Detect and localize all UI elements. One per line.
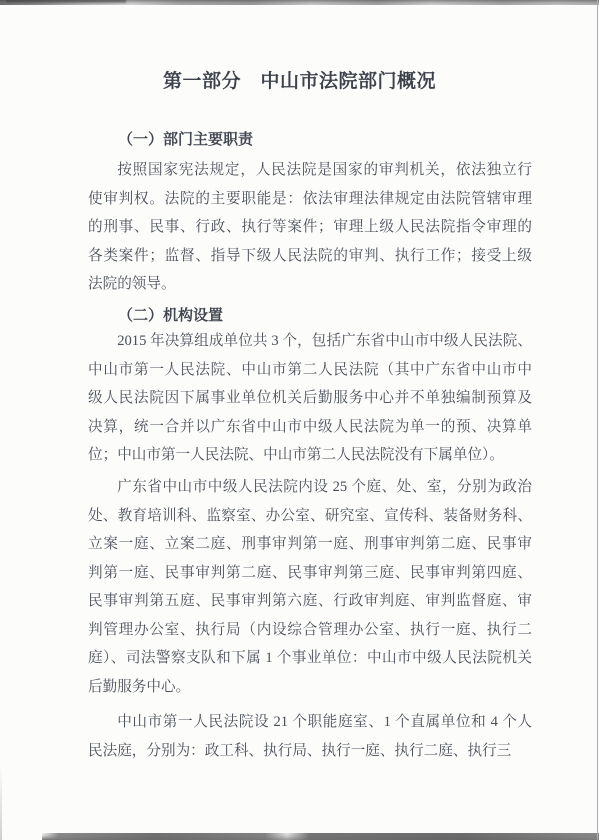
text-line: 各类案件；监督、指导下级人民法院的审判、执行工作；接受上级	[88, 242, 532, 271]
text-line: 民法庭，分别为：政工科、执行局、执行一庭、执行二庭、执行三	[88, 737, 532, 766]
text-line: 广东省中山市中级人民法院内设 25 个庭、处、室，分别为政治	[88, 473, 532, 502]
text-line: 处、教育培训科、监察室、办公室、研究室、宣传科、装备财务科、	[88, 502, 532, 531]
text-line: 民事审判第五庭、民事审判第六庭、行政审判庭、审判监督庭、审	[88, 587, 532, 616]
text-line: 按照国家宪法规定，人民法院是国家的审判机关，依法独立行	[88, 156, 532, 185]
text-line: 判第一庭、民事审判第二庭、民事审判第三庭、民事审判第四庭、	[88, 559, 532, 588]
scan-shadow-bottom	[42, 833, 599, 840]
scanned-document-page: 第一部分 中山市法院部门概况 （一）部门主要职责 按照国家宪法规定，人民法院是国…	[0, 0, 599, 840]
page-title: 第一部分 中山市法院部门概况	[0, 69, 599, 95]
text-line: 中山市第一人民法院、中山市第二人民法院（其中广东省中山市中	[88, 356, 532, 385]
section-heading-structure: （二）机构设置	[88, 305, 532, 327]
text-line: 使审判权。法院的主要职能是：依法审理法律规定由法院管辖审理	[88, 185, 532, 214]
text-line: 的刑事、民事、行政、执行等案件；审理上级人民法院指令审理的	[88, 213, 532, 242]
text-line: 判管理办公室、执行局（内设综合管理办公室、执行一庭、执行二	[88, 616, 532, 645]
paragraph-first-court-divisions: 中山市第一人民法院设 21 个职能庭室、1 个直属单位和 4 个人民法庭，分别为…	[88, 708, 532, 765]
section-heading-duties: （一）部门主要职责	[88, 129, 532, 151]
scan-line-right	[597, 0, 598, 840]
text-line: 位；中山市第一人民法院、中山市第二人民法院没有下属单位）。	[88, 441, 532, 470]
text-line: 法院的领导。	[88, 270, 532, 299]
paragraph-duties: 按照国家宪法规定，人民法院是国家的审判机关，依法独立行使审判权。法院的主要职能是…	[88, 156, 532, 299]
paragraph-budget-units: 2015 年决算组成单位共 3 个，包括广东省中山市中级人民法院、中山市第一人民…	[88, 327, 532, 470]
paragraph-intermediate-court-divisions: 广东省中山市中级人民法院内设 25 个庭、处、室，分别为政治处、教育培训科、监察…	[88, 473, 532, 701]
scan-shadow-top-left	[6, 0, 126, 4]
text-line: 立案一庭、立案二庭、刑事审判第一庭、刑事审判第二庭、民事审	[88, 530, 532, 559]
text-line: 决算，统一合并以广东省中山市中级人民法院为单一的预、决算单	[88, 413, 532, 442]
text-line: 2015 年决算组成单位共 3 个，包括广东省中山市中级人民法院、	[88, 327, 532, 356]
text-line: 庭）、司法警察支队和下属 1 个事业单位：中山市中级人民法院机关	[88, 644, 532, 673]
text-line: 级人民法院因下属事业单位机关后勤服务中心并不单独编制预算及	[88, 384, 532, 413]
text-line: 中山市第一人民法院设 21 个职能庭室、1 个直属单位和 4 个人	[88, 708, 532, 737]
text-line: 后勤服务中心。	[88, 673, 532, 702]
scan-line-left-bottom	[0, 765, 2, 840]
